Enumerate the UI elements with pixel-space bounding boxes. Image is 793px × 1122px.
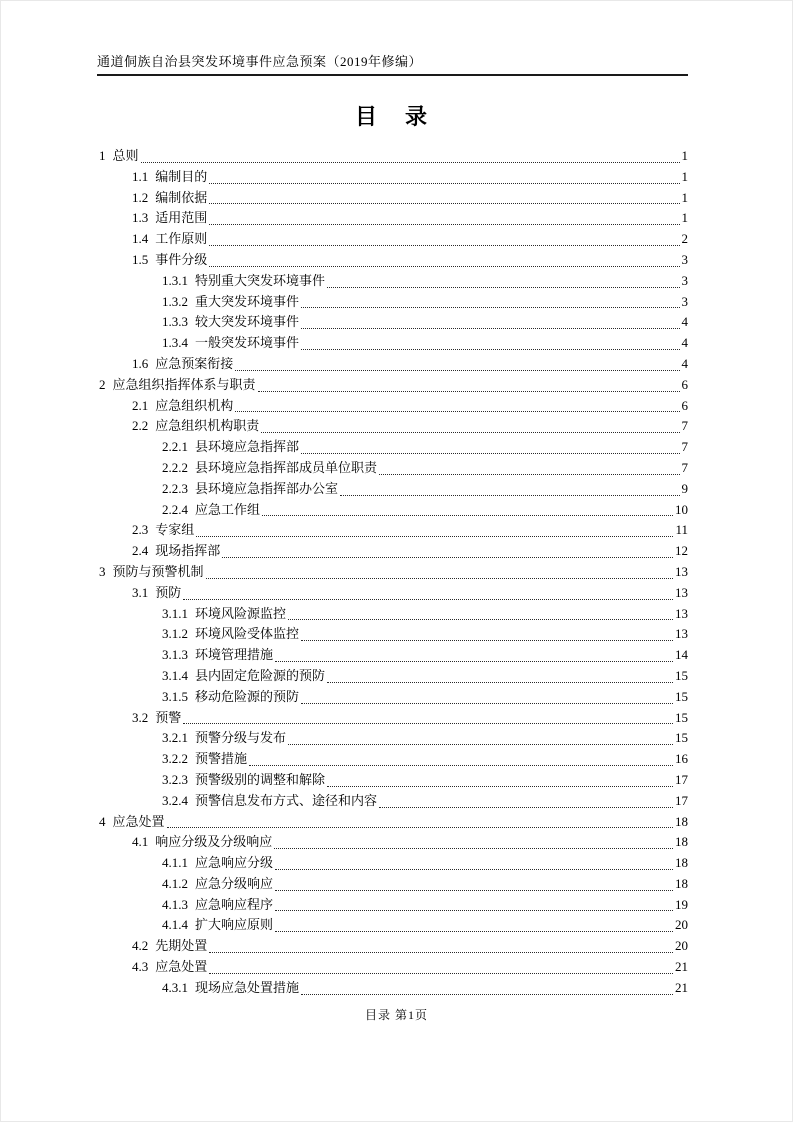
toc-entry-title: 专家组	[155, 520, 194, 541]
toc-entry[interactable]: 3.1.1 环境风险源监控 13	[97, 604, 688, 625]
dot-leader-icon	[275, 661, 673, 662]
toc-entry[interactable]: 2.2.3 县环境应急指挥部办公室 9	[97, 479, 688, 500]
toc-entry-page: 17	[675, 770, 688, 791]
toc-entry-title: 预警分级与发布	[195, 728, 286, 749]
dot-leader-icon	[379, 474, 679, 475]
page-footer: 目录 第1页	[0, 1006, 793, 1023]
toc-entry-title: 重大突发环境事件	[195, 292, 299, 313]
toc-entry-title: 环境风险受体监控	[195, 624, 299, 645]
toc-entry-title: 县内固定危险源的预防	[195, 666, 325, 687]
toc-entry-page: 21	[675, 957, 688, 978]
dot-leader-icon	[301, 453, 679, 454]
toc-entry-number: 2.2.4	[162, 500, 188, 521]
toc-entry[interactable]: 3.1.2 环境风险受体监控 13	[97, 624, 688, 645]
toc-entry-page: 6	[682, 396, 689, 417]
toc-entry-number: 3.1.5	[162, 687, 188, 708]
dot-leader-icon	[183, 599, 673, 600]
toc-entry[interactable]: 4.2 先期处置 20	[97, 936, 688, 957]
toc-entry[interactable]: 1.3.3 较大突发环境事件 4	[97, 312, 688, 333]
toc-entry[interactable]: 3.1.3 环境管理措施 14	[97, 645, 688, 666]
toc-entry[interactable]: 1 总则 1	[97, 146, 688, 167]
dot-leader-icon	[209, 203, 679, 204]
dot-leader-icon	[209, 224, 679, 225]
toc-entry-page: 19	[675, 895, 688, 916]
toc-entry[interactable]: 4.1 响应分级及分级响应 18	[97, 832, 688, 853]
toc-entry-page: 13	[675, 583, 688, 604]
document-page: 通道侗族自治县突发环境事件应急预案（2019年修编） 目 录 1 总则 1 1.…	[0, 0, 793, 1122]
toc-entry-title: 预防	[155, 583, 181, 604]
toc-page-title: 目 录	[97, 100, 688, 131]
toc-entry-number: 1	[99, 146, 106, 167]
toc-entry-page: 15	[675, 666, 688, 687]
toc-entry-title: 应急分级响应	[195, 874, 273, 895]
toc-entry-title: 应急预案衔接	[155, 354, 233, 375]
dot-leader-icon	[196, 536, 673, 537]
dot-leader-icon	[288, 744, 673, 745]
toc-entry-title: 扩大响应原则	[195, 915, 273, 936]
toc-entry-page: 15	[675, 687, 688, 708]
toc-entry[interactable]: 1.6 应急预案衔接 4	[97, 354, 688, 375]
toc-entry-page: 14	[675, 645, 688, 666]
toc-entry-page: 3	[682, 271, 689, 292]
toc-entry-title: 县环境应急指挥部	[195, 437, 299, 458]
toc-entry-title: 预警级别的调整和解除	[195, 770, 325, 791]
toc-entry-page: 18	[675, 832, 688, 853]
dot-leader-icon	[327, 682, 673, 683]
toc-entry-number: 4	[99, 812, 106, 833]
dot-leader-icon	[275, 869, 673, 870]
dot-leader-icon	[209, 266, 679, 267]
header-title: 通道侗族自治县突发环境事件应急预案（2019年修编）	[97, 54, 422, 69]
toc-entry-page: 11	[675, 520, 688, 541]
toc-entry-title: 应急处置	[155, 957, 207, 978]
toc-list: 1 总则 1 1.1 编制目的 1 1.2 编制依据 1 1.3 适用范围 1 …	[97, 146, 688, 999]
toc-entry-page: 13	[675, 604, 688, 625]
dot-leader-icon	[261, 432, 679, 433]
toc-entry-title: 县环境应急指挥部办公室	[195, 479, 338, 500]
toc-entry-title: 预警措施	[195, 749, 247, 770]
toc-entry-number: 3.1.4	[162, 666, 188, 687]
toc-entry[interactable]: 1.4 工作原则 2	[97, 229, 688, 250]
dot-leader-icon	[301, 307, 679, 308]
toc-entry-title: 先期处置	[155, 936, 207, 957]
toc-entry-title: 应急工作组	[195, 500, 260, 521]
toc-entry-number: 3	[99, 562, 106, 583]
toc-entry-title: 环境风险源监控	[195, 604, 286, 625]
toc-entry[interactable]: 2 应急组织指挥体系与职责 6	[97, 375, 688, 396]
toc-entry[interactable]: 2.4 现场指挥部 12	[97, 541, 688, 562]
toc-entry-page: 4	[682, 312, 689, 333]
toc-entry-number: 3.2	[132, 708, 148, 729]
toc-entry-number: 3.1.3	[162, 645, 188, 666]
toc-entry[interactable]: 3.2 预警 15	[97, 708, 688, 729]
toc-entry[interactable]: 1.5 事件分级 3	[97, 250, 688, 271]
dot-leader-icon	[209, 245, 679, 246]
toc-entry[interactable]: 4.1.1 应急响应分级 18	[97, 853, 688, 874]
toc-entry-title: 现场指挥部	[155, 541, 220, 562]
dot-leader-icon	[275, 931, 673, 932]
toc-entry-title: 预警	[155, 708, 181, 729]
toc-entry-title: 编制依据	[155, 188, 207, 209]
dot-leader-icon	[327, 786, 673, 787]
toc-entry-number: 2.2	[132, 416, 148, 437]
page-header: 通道侗族自治县突发环境事件应急预案（2019年修编）	[97, 53, 688, 76]
toc-entry-page: 13	[675, 624, 688, 645]
toc-entry-number: 1.2	[132, 188, 148, 209]
toc-entry-title: 响应分级及分级响应	[155, 832, 272, 853]
dot-leader-icon	[258, 391, 680, 392]
toc-entry-title: 应急组织机构	[155, 396, 233, 417]
toc-entry-title: 现场应急处置措施	[195, 978, 299, 999]
toc-entry-page: 16	[675, 749, 688, 770]
toc-entry[interactable]: 2.3 专家组 11	[97, 520, 688, 541]
toc-entry[interactable]: 4.1.4 扩大响应原则 20	[97, 915, 688, 936]
toc-entry-title: 移动危险源的预防	[195, 687, 299, 708]
toc-entry[interactable]: 2.2.2 县环境应急指挥部成员单位职责 7	[97, 458, 688, 479]
dot-leader-icon	[275, 910, 673, 911]
toc-entry-title: 县环境应急指挥部成员单位职责	[195, 458, 377, 479]
toc-entry[interactable]: 1.3.2 重大突发环境事件 3	[97, 292, 688, 313]
toc-entry[interactable]: 1.2 编制依据 1	[97, 188, 688, 209]
dot-leader-icon	[301, 994, 673, 995]
toc-entry-page: 12	[675, 541, 688, 562]
dot-leader-icon	[209, 973, 673, 974]
toc-entry-page: 10	[675, 500, 688, 521]
dot-leader-icon	[288, 619, 673, 620]
toc-entry[interactable]: 3.2.2 预警措施 16	[97, 749, 688, 770]
toc-entry-number: 2.2.1	[162, 437, 188, 458]
toc-entry-page: 7	[682, 416, 689, 437]
toc-entry-title: 应急响应程序	[195, 895, 273, 916]
toc-entry-title: 预防与预警机制	[113, 562, 204, 583]
toc-entry[interactable]: 4.1.3 应急响应程序 19	[97, 895, 688, 916]
toc-entry-page: 4	[682, 333, 689, 354]
dot-leader-icon	[235, 370, 679, 371]
toc-entry[interactable]: 3.2.4 预警信息发布方式、途径和内容 17	[97, 791, 688, 812]
toc-entry-number: 3.1.1	[162, 604, 188, 625]
toc-entry-page: 1	[682, 208, 689, 229]
toc-entry[interactable]: 4.3 应急处置 21	[97, 957, 688, 978]
toc-entry-title: 应急组织指挥体系与职责	[113, 375, 256, 396]
toc-entry[interactable]: 3.1.5 移动危险源的预防 15	[97, 687, 688, 708]
toc-entry-page: 18	[675, 874, 688, 895]
dot-leader-icon	[301, 640, 673, 641]
toc-entry-page: 21	[675, 978, 688, 999]
toc-entry-title: 环境管理措施	[195, 645, 273, 666]
toc-entry-page: 4	[682, 354, 689, 375]
toc-entry-number: 4.1	[132, 832, 148, 853]
toc-entry-number: 2.2.2	[162, 458, 188, 479]
toc-entry-number: 1.3	[132, 208, 148, 229]
toc-entry-number: 2	[99, 375, 106, 396]
dot-leader-icon	[183, 723, 673, 724]
toc-entry-number: 4.1.4	[162, 915, 188, 936]
toc-entry-page: 18	[675, 812, 688, 833]
toc-entry-number: 4.3	[132, 957, 148, 978]
toc-entry-title: 应急处置	[113, 812, 165, 833]
toc-entry-number: 1.5	[132, 250, 148, 271]
toc-entry-number: 3.2.3	[162, 770, 188, 791]
toc-entry-title: 一般突发环境事件	[195, 333, 299, 354]
toc-entry-title: 预警信息发布方式、途径和内容	[195, 791, 377, 812]
toc-entry[interactable]: 2.2 应急组织机构职责 7	[97, 416, 688, 437]
toc-entry-number: 4.1.3	[162, 895, 188, 916]
toc-entry[interactable]: 1.1 编制目的 1	[97, 167, 688, 188]
toc-entry-page: 2	[682, 229, 689, 250]
dot-leader-icon	[327, 287, 679, 288]
toc-entry-page: 1	[682, 146, 689, 167]
toc-entry-number: 2.2.3	[162, 479, 188, 500]
dot-leader-icon	[301, 328, 679, 329]
dot-leader-icon	[222, 557, 673, 558]
toc-entry-number: 3.1.2	[162, 624, 188, 645]
toc-entry[interactable]: 4 应急处置 18	[97, 812, 688, 833]
toc-entry[interactable]: 1.3 适用范围 1	[97, 208, 688, 229]
dot-leader-icon	[209, 183, 679, 184]
toc-entry-page: 15	[675, 728, 688, 749]
toc-entry-number: 4.1.1	[162, 853, 188, 874]
toc-entry-page: 15	[675, 708, 688, 729]
toc-entry[interactable]: 2.2.4 应急工作组 10	[97, 500, 688, 521]
dot-leader-icon	[235, 411, 679, 412]
toc-entry[interactable]: 1.3.1 特别重大突发环境事件 3	[97, 271, 688, 292]
toc-entry-number: 4.2	[132, 936, 148, 957]
toc-entry-number: 3.2.1	[162, 728, 188, 749]
toc-entry-number: 1.4	[132, 229, 148, 250]
toc-entry-page: 1	[682, 188, 689, 209]
toc-entry-number: 4.1.2	[162, 874, 188, 895]
toc-entry-page: 20	[675, 936, 688, 957]
toc-entry-number: 1.1	[132, 167, 148, 188]
dot-leader-icon	[340, 495, 679, 496]
toc-entry-page: 13	[675, 562, 688, 583]
dot-leader-icon	[379, 807, 673, 808]
toc-entry[interactable]: 1.3.4 一般突发环境事件 4	[97, 333, 688, 354]
toc-entry-number: 1.6	[132, 354, 148, 375]
toc-entry-number: 3.2.2	[162, 749, 188, 770]
toc-entry-page: 7	[682, 458, 689, 479]
dot-leader-icon	[301, 703, 673, 704]
toc-entry-number: 3.2.4	[162, 791, 188, 812]
toc-entry-page: 20	[675, 915, 688, 936]
toc-entry[interactable]: 3 预防与预警机制 13	[97, 562, 688, 583]
toc-entry-page: 9	[682, 479, 689, 500]
dot-leader-icon	[301, 349, 679, 350]
dot-leader-icon	[275, 890, 673, 891]
toc-entry[interactable]: 2.2.1 县环境应急指挥部 7	[97, 437, 688, 458]
toc-entry[interactable]: 3.1.4 县内固定危险源的预防 15	[97, 666, 688, 687]
toc-entry-title: 事件分级	[155, 250, 207, 271]
dot-leader-icon	[167, 827, 673, 828]
dot-leader-icon	[141, 162, 680, 163]
dot-leader-icon	[206, 578, 673, 579]
toc-entry-title: 应急响应分级	[195, 853, 273, 874]
toc-entry[interactable]: 2.1 应急组织机构 6	[97, 396, 688, 417]
toc-entry-page: 3	[682, 250, 689, 271]
toc-entry-page: 3	[682, 292, 689, 313]
toc-entry-page: 7	[682, 437, 689, 458]
toc-entry-number: 3.1	[132, 583, 148, 604]
toc-entry-page: 18	[675, 853, 688, 874]
toc-entry-number: 1.3.4	[162, 333, 188, 354]
toc-entry-page: 1	[682, 167, 689, 188]
toc-entry-number: 2.4	[132, 541, 148, 562]
toc-entry-title: 较大突发环境事件	[195, 312, 299, 333]
toc-entry-number: 4.3.1	[162, 978, 188, 999]
toc-entry-number: 2.1	[132, 396, 148, 417]
dot-leader-icon	[209, 952, 673, 953]
toc-entry-page: 6	[682, 375, 689, 396]
dot-leader-icon	[262, 515, 673, 516]
toc-entry-number: 2.3	[132, 520, 148, 541]
toc-entry-title: 编制目的	[155, 167, 207, 188]
toc-entry-title: 总则	[113, 146, 139, 167]
footer-page-label: 目录 第1页	[365, 1008, 428, 1022]
toc-entry-title: 应急组织机构职责	[155, 416, 259, 437]
toc-entry[interactable]: 3.2.1 预警分级与发布 15	[97, 728, 688, 749]
toc-entry[interactable]: 4.3.1 现场应急处置措施 21	[97, 978, 688, 999]
toc-entry-title: 适用范围	[155, 208, 207, 229]
toc-entry-number: 1.3.1	[162, 271, 188, 292]
toc-entry-title: 特别重大突发环境事件	[195, 271, 325, 292]
dot-leader-icon	[249, 765, 673, 766]
toc-entry[interactable]: 3.1 预防 13	[97, 583, 688, 604]
toc-entry-number: 1.3.3	[162, 312, 188, 333]
toc-entry[interactable]: 3.2.3 预警级别的调整和解除 17	[97, 770, 688, 791]
toc-entry[interactable]: 4.1.2 应急分级响应 18	[97, 874, 688, 895]
dot-leader-icon	[274, 848, 673, 849]
toc-entry-number: 1.3.2	[162, 292, 188, 313]
toc-entry-page: 17	[675, 791, 688, 812]
toc-entry-title: 工作原则	[155, 229, 207, 250]
